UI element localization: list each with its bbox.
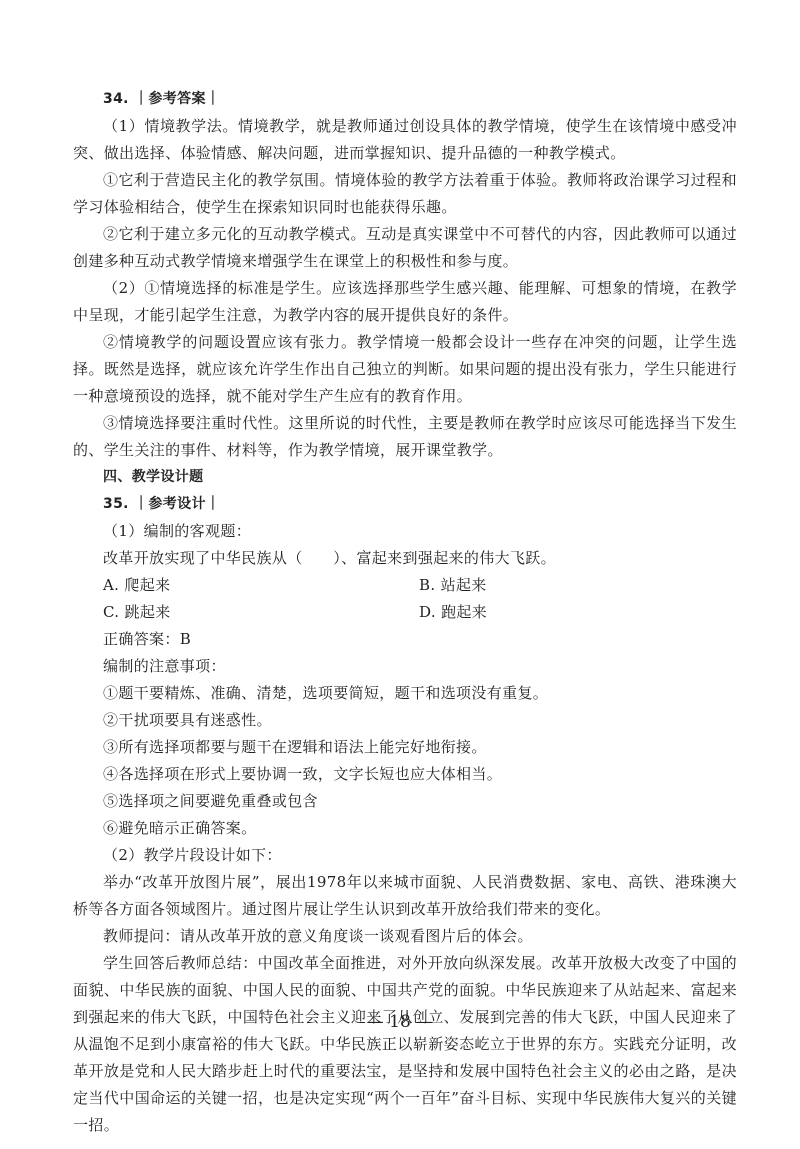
part1-label: （1）编制的客观题： [73,518,737,545]
option-c: C. 跳起来 [103,599,419,626]
section-heading: 四、教学设计题 [73,464,737,491]
note-item: ③所有选择项都要与题干在逻辑和语法上能完好地衔接。 [73,734,737,761]
option-a: A. 爬起来 [103,572,419,599]
options-row: C. 跳起来 D. 跑起来 [73,599,737,626]
option-d: D. 跑起来 [419,599,735,626]
options-row: A. 爬起来 B. 站起来 [73,572,737,599]
correct-answer: 正确答案：B [73,626,737,653]
note-item: ①题干要精炼、准确、清楚，选项要简短，题干和选项没有重复。 [73,680,737,707]
option-b: B. 站起来 [419,572,735,599]
question-stem: 改革开放实现了中华民族从（ ）、富起来到强起来的伟大飞跃。 [73,545,737,572]
part2-paragraph: 学生回答后教师总结：中国改革全面推进，对外开放向纵深发展。改革开放极大改变了中国… [73,950,737,1139]
note-item: ⑥避免暗示正确答案。 [73,815,737,842]
notes-label: 编制的注意事项： [73,653,737,680]
q34-paragraph: （1）情境教学法。情境教学，就是教师通过创设具体的教学情境，使学生在该情境中感受… [73,113,737,167]
q35-heading: 35. ｜参考设计｜ [73,491,737,518]
q34-heading: 34. ｜参考答案｜ [73,86,737,113]
note-item: ②干扰项要具有迷惑性。 [73,707,737,734]
q34-paragraph: ①它利于营造民主化的教学氛围。情境体验的教学方法着重于体验。教师将政治课学习过程… [73,167,737,221]
note-item: ④各选择项在形式上要协调一致，文字长短也应大体相当。 [73,761,737,788]
note-item: ⑤选择项之间要避免重叠或包含 [73,788,737,815]
q34-paragraph: ③情境选择要注重时代性。这里所说的时代性，主要是教师在教学时应该尽可能选择当下发… [73,410,737,464]
part2-label: （2）教学片段设计如下： [73,842,737,869]
page-number: — 18 — [0,1012,800,1032]
part2-paragraph: 教师提问：请从改革开放的意义角度谈一谈观看图片后的体会。 [73,923,737,950]
q34-paragraph: ②它利于建立多元化的互动教学模式。互动是真实课堂中不可替代的内容，因此教师可以通… [73,221,737,275]
q34-paragraph: ②情境教学的问题设置应该有张力。教学情境一般都会设计一些存在冲突的问题，让学生选… [73,329,737,410]
q34-paragraph: （2）①情境选择的标准是学生。应该选择那些学生感兴趣、能理解、可想象的情境，在教… [73,275,737,329]
page-content: 34. ｜参考答案｜ （1）情境教学法。情境教学，就是教师通过创设具体的教学情境… [73,86,737,1139]
part2-paragraph: 举办“改革开放图片展”，展出1978年以来城市面貌、人民消费数据、家电、高铁、港… [73,869,737,923]
